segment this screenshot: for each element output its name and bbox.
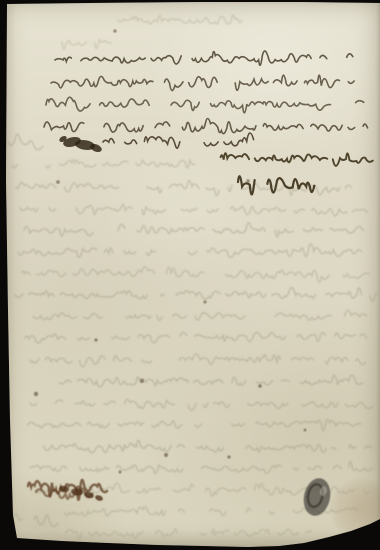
bleedthrough-text [8,15,376,540]
annotation-scribble [28,480,116,502]
signature-block [221,153,373,194]
ink-blot [58,135,103,154]
main-text-block [44,51,368,148]
handwriting-layer [0,0,380,550]
scan-background [0,0,380,550]
manuscript-page [0,0,380,550]
